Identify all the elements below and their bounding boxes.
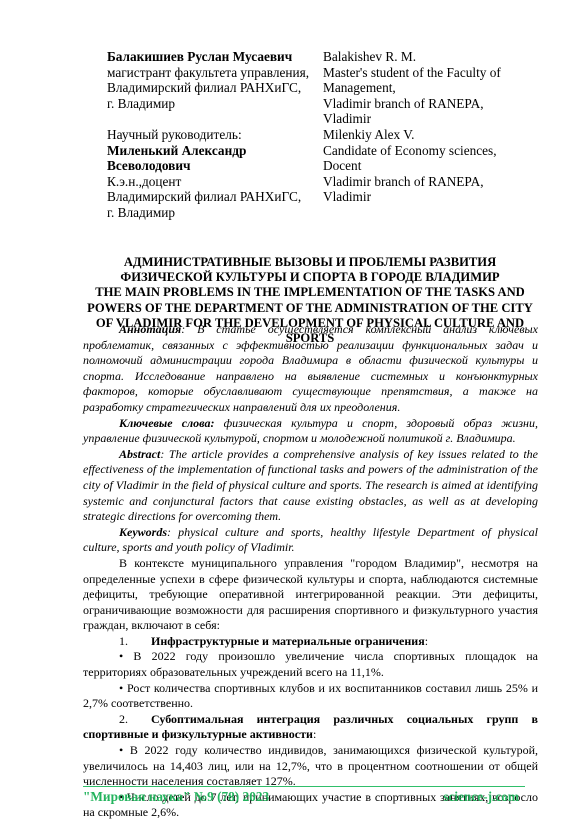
footer-divider: [83, 786, 525, 787]
section-2-heading: 2.Субоптимальная интеграция различных со…: [83, 712, 538, 743]
keywords-en-label: Keywords: [119, 525, 167, 539]
author-affiliation-en-2: Management,: [323, 80, 543, 96]
author-affiliation-ru-2: Владимирский филиал РАНХиГС,: [107, 80, 323, 96]
supervisor-title-en-2: Docent: [323, 158, 543, 174]
supervisor-label-ru: Научный руководитель:: [107, 127, 323, 143]
authors-block: Балакишиев Руслан Мусаевич магистрант фа…: [107, 49, 547, 221]
section-1-heading: 1.Инфраструктурные и материальные ограни…: [83, 634, 538, 650]
supervisor-name-ru-1: Миленький Александр: [107, 143, 323, 159]
authors-en: Balakishev R. M. Master's student of the…: [323, 49, 543, 221]
footer-journal: "Мировая наука" №9 (78) 2023: [83, 789, 269, 805]
author-affiliation-ru-3: г. Владимир: [107, 96, 323, 112]
article-body: Аннотация: В статье осуществляется компл…: [83, 322, 538, 820]
bullet-text: Рост количества спортивных клубов и их в…: [83, 681, 538, 711]
section-2-number: 2.: [119, 712, 151, 728]
spacer: [107, 111, 323, 127]
supervisor-title-ru: К.э.н.,доцент: [107, 174, 323, 190]
annotation: Аннотация: В статье осуществляется компл…: [83, 322, 538, 416]
section-1-bullet-2: • Рост количества спортивных клубов и их…: [83, 681, 538, 712]
section-2-title: Субоптимальная интеграция различных соци…: [83, 712, 538, 742]
author-affiliation-en-4: Vladimir: [323, 111, 543, 127]
page-footer: "Мировая наука" №9 (78) 2023 science-j.c…: [83, 789, 519, 805]
author-affiliation-en-3: Vladimir branch of RANEPA,: [323, 96, 543, 112]
section-1-title: Инфраструктурные и материальные ограниче…: [151, 634, 425, 648]
author-affiliation-en-1: Master's student of the Faculty of: [323, 65, 543, 81]
footer-site: science-j.com: [443, 789, 519, 805]
title-ru: АДМИНИСТРАТИВНЫЕ ВЫЗОВЫ И ПРОБЛЕМЫ РАЗВИ…: [80, 255, 540, 285]
author-name-ru: Балакишиев Руслан Мусаевич: [107, 49, 323, 65]
supervisor-affiliation-en-2: Vladimir: [323, 189, 543, 205]
section-1-number: 1.: [119, 634, 151, 650]
section-1-bullet-1: • В 2022 году произошло увеличение числа…: [83, 649, 538, 680]
author-affiliation-ru-1: магистрант факультета управления,: [107, 65, 323, 81]
keywords-en: Keywords: physical culture and sports, h…: [83, 525, 538, 556]
bullet-text: В 2022 году количество индивидов, занима…: [83, 743, 538, 788]
supervisor-affiliation-ru-1: Владимирский филиал РАНХиГС,: [107, 189, 323, 205]
annotation-label: Аннотация: [119, 322, 181, 336]
supervisor-name-ru-2: Всеволодович: [107, 158, 323, 174]
supervisor-affiliation-ru-2: г. Владимир: [107, 205, 323, 221]
keywords-ru-label: Ключевые слова:: [119, 416, 214, 430]
authors-ru: Балакишиев Руслан Мусаевич магистрант фа…: [107, 49, 323, 221]
supervisor-name-en: Milenkiy Alex V.: [323, 127, 543, 143]
keywords-ru: Ключевые слова: физическая культура и сп…: [83, 416, 538, 447]
supervisor-title-en-1: Candidate of Economy sciences,: [323, 143, 543, 159]
abstract-label: Abstract: [119, 447, 160, 461]
author-name-en: Balakishev R. M.: [323, 49, 543, 65]
intro-paragraph: В контексте муниципального управления "г…: [83, 556, 538, 634]
bullet-text: В 2022 году произошло увеличение числа с…: [83, 649, 538, 679]
abstract: Abstract: The article provides a compreh…: [83, 447, 538, 525]
supervisor-affiliation-en-1: Vladimir branch of RANEPA,: [323, 174, 543, 190]
section-2-bullet-1: • В 2022 году количество индивидов, зани…: [83, 743, 538, 790]
